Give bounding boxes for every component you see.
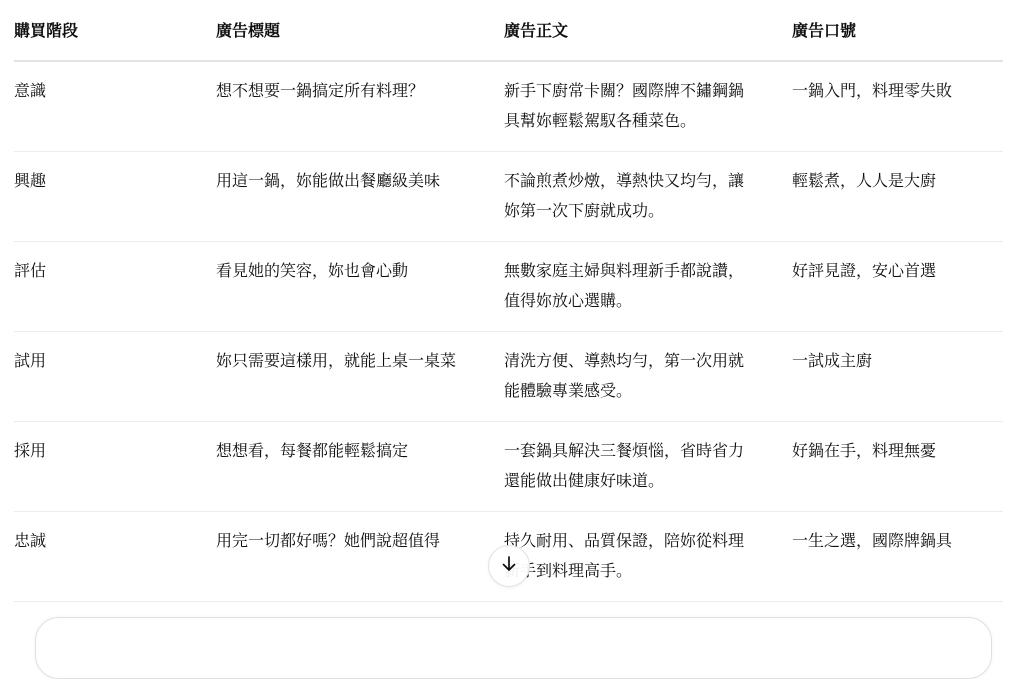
cell-slogan: 輕鬆煮，人人是大廚 bbox=[792, 152, 1003, 242]
table-row: 採用 想想看，每餐都能輕鬆搞定 一套鍋具解決三餐煩惱，省時省力還能做出健康好味道… bbox=[14, 422, 1003, 512]
cell-stage: 採用 bbox=[14, 422, 216, 512]
cell-body: 無數家庭主婦與料理新手都說讚，值得妳放心選購。 bbox=[504, 242, 792, 332]
cell-title: 妳只需要這樣用，就能上桌一桌菜 bbox=[216, 332, 504, 422]
cell-body: 不論煎煮炒燉，導熱快又均勻，讓妳第一次下廚就成功。 bbox=[504, 152, 792, 242]
table-header: 購買階段 廣告標題 廣告正文 廣告口號 bbox=[14, 0, 1003, 61]
ad-stage-table: 購買階段 廣告標題 廣告正文 廣告口號 意識 想不想要一鍋搞定所有料理？ 新手下… bbox=[14, 0, 1003, 602]
table-header-row: 購買階段 廣告標題 廣告正文 廣告口號 bbox=[14, 0, 1003, 61]
arrow-down-icon bbox=[499, 554, 519, 578]
cell-stage: 忠誠 bbox=[14, 512, 216, 602]
cell-title: 用這一鍋，妳能做出餐廳級美味 bbox=[216, 152, 504, 242]
cell-stage: 興趣 bbox=[14, 152, 216, 242]
cell-slogan: 一試成主廚 bbox=[792, 332, 1003, 422]
table-body: 意識 想不想要一鍋搞定所有料理？ 新手下廚常卡關？國際牌不鏽鋼鍋具幫妳輕鬆駕馭各… bbox=[14, 61, 1003, 602]
cell-body: 新手下廚常卡關？國際牌不鏽鋼鍋具幫妳輕鬆駕馭各種菜色。 bbox=[504, 61, 792, 152]
column-header-body: 廣告正文 bbox=[504, 0, 792, 61]
table-row: 試用 妳只需要這樣用，就能上桌一桌菜 清洗方便、導熱均勻，第一次用就能體驗專業感… bbox=[14, 332, 1003, 422]
column-header-title: 廣告標題 bbox=[216, 0, 504, 61]
cell-title: 用完一切都好嗎？她們說超值得 bbox=[216, 512, 504, 602]
cell-slogan: 好鍋在手，料理無憂 bbox=[792, 422, 1003, 512]
cell-body: 持久耐用、品質保證，陪妳從料理新手到料理高手。 bbox=[504, 512, 792, 602]
cell-body: 清洗方便、導熱均勻，第一次用就能體驗專業感受。 bbox=[504, 332, 792, 422]
cell-stage: 意識 bbox=[14, 61, 216, 152]
cell-title: 想不想要一鍋搞定所有料理？ bbox=[216, 61, 504, 152]
cell-title: 想想看，每餐都能輕鬆搞定 bbox=[216, 422, 504, 512]
cell-stage: 評估 bbox=[14, 242, 216, 332]
table-row: 興趣 用這一鍋，妳能做出餐廳級美味 不論煎煮炒燉，導熱快又均勻，讓妳第一次下廚就… bbox=[14, 152, 1003, 242]
ad-stage-table-container: 購買階段 廣告標題 廣告正文 廣告口號 意識 想不想要一鍋搞定所有料理？ 新手下… bbox=[14, 0, 1004, 602]
cell-body: 一套鍋具解決三餐煩惱，省時省力還能做出健康好味道。 bbox=[504, 422, 792, 512]
scroll-to-bottom-button[interactable] bbox=[488, 545, 530, 587]
column-header-stage: 購買階段 bbox=[14, 0, 216, 61]
cell-slogan: 好評見證，安心首選 bbox=[792, 242, 1003, 332]
cell-slogan: 一生之選，國際牌鍋具 bbox=[792, 512, 1003, 602]
cell-title: 看見她的笑容，妳也會心動 bbox=[216, 242, 504, 332]
column-header-slogan: 廣告口號 bbox=[792, 0, 1003, 61]
table-row: 評估 看見她的笑容，妳也會心動 無數家庭主婦與料理新手都說讚，值得妳放心選購。 … bbox=[14, 242, 1003, 332]
cell-stage: 試用 bbox=[14, 332, 216, 422]
table-row: 意識 想不想要一鍋搞定所有料理？ 新手下廚常卡關？國際牌不鏽鋼鍋具幫妳輕鬆駕馭各… bbox=[14, 61, 1003, 152]
cell-slogan: 一鍋入門，料理零失敗 bbox=[792, 61, 1003, 152]
